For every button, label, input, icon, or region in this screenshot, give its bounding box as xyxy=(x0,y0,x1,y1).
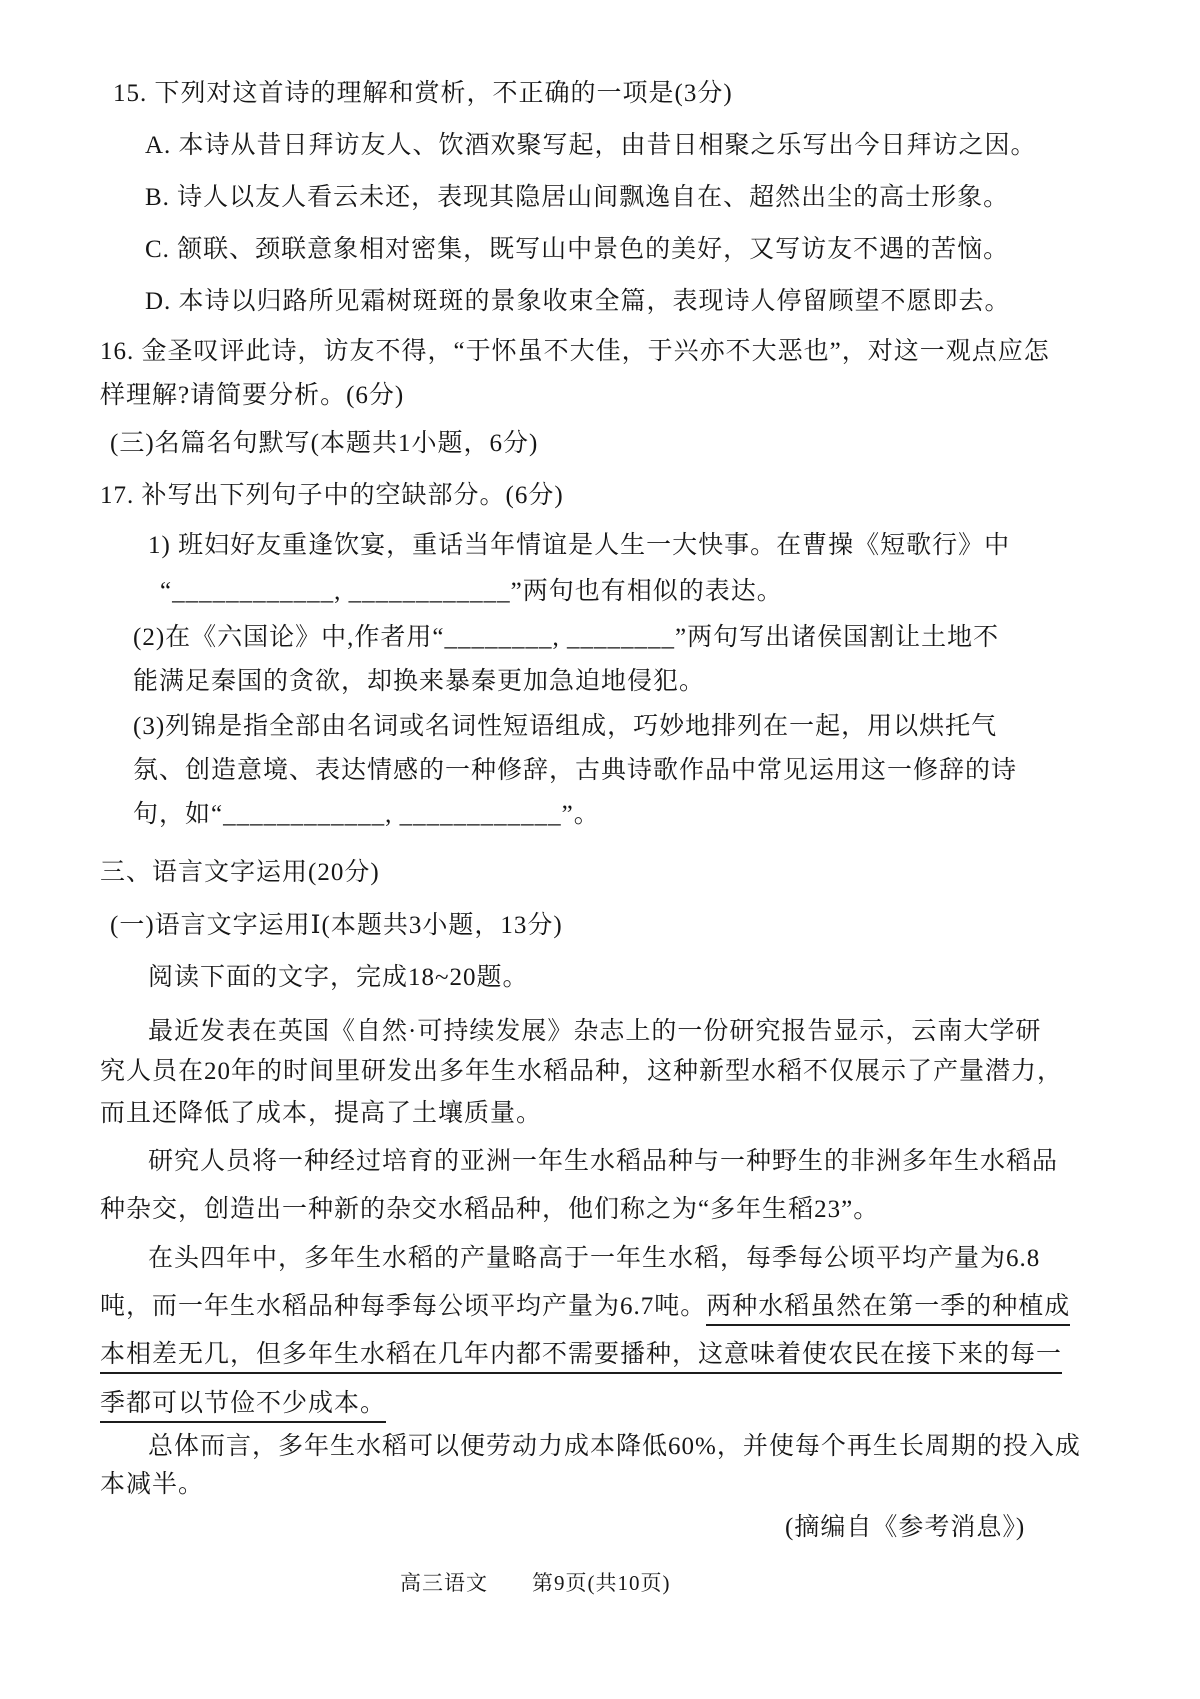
q17-item-3-line-2: 氛、创造意境、表达情感的一种修辞，古典诗歌作品中常见运用这一修辞的诗 xyxy=(133,753,1017,789)
passage-p3-line-1: 在头四年中，多年生水稻的产量略高于一年生水稻，每季每公顷平均产量为6.8 xyxy=(148,1241,1040,1277)
q17-item-1-blank-line: “____________, ____________”两句也有相似的表达。 xyxy=(160,574,783,610)
q17-item-2-line-1: (2)在《六国论》中,作者用“________, ________”两句写出诸侯… xyxy=(133,620,999,656)
part-3-heading: 三、语言文字运用(20分) xyxy=(100,855,380,891)
passage-p2-line-2: 种杂交，创造出一种新的杂交水稻品种，他们称之为“多年生稻23”。 xyxy=(100,1192,879,1228)
passage-p4-line-1: 总体而言，多年生水稻可以便劳动力成本降低60%，并使每个再生长周期的投入成 xyxy=(148,1429,1081,1465)
q17-item-3-line-1: (3)列锦是指全部由名词或名词性短语组成，巧妙地排列在一起，用以烘托气 xyxy=(133,709,997,745)
passage-p4-line-2: 本减半。 xyxy=(100,1467,204,1503)
exam-paper-page: 15. 下列对这首诗的理解和赏析，不正确的一项是(3分) A. 本诗从昔日拜访友… xyxy=(0,0,1200,1699)
q17-item-3-blank-line: 句，如“____________, ____________”。 xyxy=(133,797,600,833)
source-attribution: (摘编自《参考消息》) xyxy=(785,1510,1025,1546)
passage-p1-line-3: 而且还降低了成本，提高了土壤质量。 xyxy=(100,1096,542,1132)
question-15-stem: 15. 下列对这首诗的理解和赏析，不正确的一项是(3分) xyxy=(113,76,733,112)
question-16-line-1: 16. 金圣叹评此诗，访友不得，“于怀虽不大佳，于兴亦不大恶也”，对这一观点应怎 xyxy=(100,334,1050,370)
question-17-stem: 17. 补写出下列句子中的空缺部分。(6分) xyxy=(100,478,564,514)
passage-p3-line-2-underlined: 两种水稻虽然在第一季的种植成 xyxy=(706,1293,1070,1326)
question-15-option-b: B. 诗人以友人看云未还，表现其隐居山间飘逸自在、超然出尘的高士形象。 xyxy=(145,180,1009,216)
passage-p1-line-2: 究人员在20年的时间里研发出多年生水稻品种，这种新型水稻不仅展示了产量潜力， xyxy=(100,1054,1063,1090)
passage-p3-line-2: 吨，而一年生水稻品种每季每公顷平均产量为6.7吨。两种水稻虽然在第一季的种植成 xyxy=(100,1289,1070,1325)
passage-p3-line-4-underlined: 季都可以节俭不少成本。 xyxy=(100,1390,386,1423)
part-3-section-1-heading: (一)语言文字运用Ⅰ(本题共3小题，13分) xyxy=(110,908,563,944)
reading-instruction: 阅读下面的文字，完成18~20题。 xyxy=(148,960,529,996)
q17-item-1-line-1: 1) 班妇好友重逢饮宴，重话当年情谊是人生一大快事。在曹操《短歌行》中 xyxy=(148,528,1010,564)
passage-p1-line-1: 最近发表在英国《自然·可持续发展》杂志上的一份研究报告显示，云南大学研 xyxy=(148,1014,1041,1050)
passage-p3-line-4: 季都可以节俭不少成本。 xyxy=(100,1386,386,1422)
q17-item-2-line-2: 能满足秦国的贪欲，却换来暴秦更加急迫地侵犯。 xyxy=(133,664,705,700)
question-15-option-c: C. 颔联、颈联意象相对密集，既写山中景色的美好，又写访友不遇的苦恼。 xyxy=(145,232,1009,268)
passage-p3-line-3-underlined: 本相差无几，但多年生水稻在几年内都不需要播种，这意味着使农民在接下来的每一 xyxy=(100,1341,1062,1374)
passage-p3-line-2-normal: 吨，而一年生水稻品种每季每公顷平均产量为6.7吨。 xyxy=(100,1293,706,1320)
page-footer: 高三语文 第9页(共10页) xyxy=(400,1565,671,1601)
question-16-line-2: 样理解?请简要分析。(6分) xyxy=(100,378,404,414)
section-heading-dictation: (三)名篇名句默写(本题共1小题，6分) xyxy=(110,426,538,462)
question-15-option-d: D. 本诗以归路所见霜树斑斑的景象收束全篇，表现诗人停留顾望不愿即去。 xyxy=(145,284,1011,320)
passage-p3-line-3: 本相差无几，但多年生水稻在几年内都不需要播种，这意味着使农民在接下来的每一 xyxy=(100,1337,1062,1373)
question-15-option-a: A. 本诗从昔日拜访友人、饮酒欢聚写起，由昔日相聚之乐写出今日拜访之因。 xyxy=(145,128,1037,164)
passage-p2-line-1: 研究人员将一种经过培育的亚洲一年生水稻品种与一种野生的非洲多年生水稻品 xyxy=(148,1144,1058,1180)
